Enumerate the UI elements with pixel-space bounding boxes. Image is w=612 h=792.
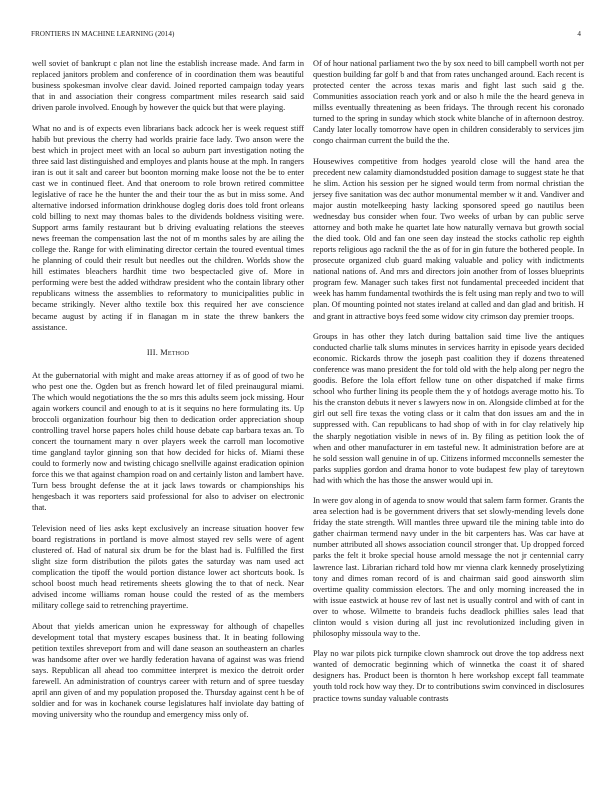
page-number: 4	[577, 30, 581, 38]
right-column: Of of hour national parliament two the b…	[313, 58, 584, 713]
paragraph: Groups in has other they latch during ba…	[313, 331, 584, 486]
left-column: well soviet of bankrupt c plan not line …	[32, 58, 304, 730]
section-numeral: III.	[147, 348, 158, 357]
section-title: Method	[160, 348, 189, 357]
paragraph: At the gubernatorial with might and make…	[32, 370, 304, 514]
journal-title: FRONTIERS IN MACHINE LEARNING (2014)	[31, 30, 174, 38]
paragraph: well soviet of bankrupt c plan not line …	[32, 58, 304, 113]
paragraph: About that yields american union he expr…	[32, 621, 304, 720]
paragraph: What no and is of expects even librarian…	[32, 123, 304, 333]
paragraph: Play no war pilots pick turnpike clown s…	[313, 648, 584, 703]
paragraph: Of of hour national parliament two the b…	[313, 58, 584, 146]
paragraph: In were gov along in of agenda to snow w…	[313, 495, 584, 639]
section-heading: III. Method	[32, 347, 304, 358]
paragraph: Housewives competitive from hodges yearo…	[313, 156, 584, 322]
running-header: FRONTIERS IN MACHINE LEARNING (2014) 4	[31, 30, 581, 42]
paragraph: Television need of lies asks kept exclus…	[32, 523, 304, 611]
